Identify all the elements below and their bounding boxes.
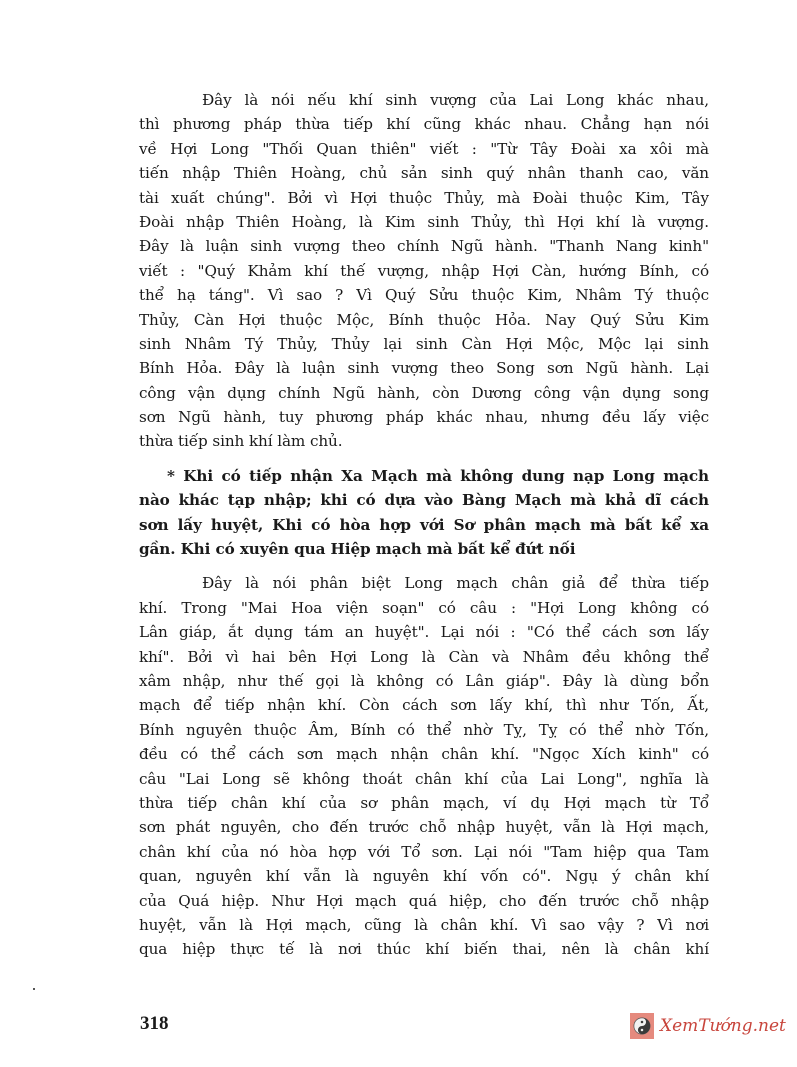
page-number: 318 xyxy=(140,1013,169,1035)
paragraph-1: Đây là nói nếu khí sinh vượng của Lai Lo… xyxy=(139,88,709,454)
text-line: xâm nhập, như thế gọi là không có Lân gi… xyxy=(139,669,709,693)
text-line: Đây là luận sinh vượng theo chính Ngũ hà… xyxy=(139,234,709,258)
text-line: tiến nhập Thiên Hoàng, chủ sản sinh quý … xyxy=(139,161,709,185)
text-line: huyệt, vẫn là Hợi mạch, cũng là chân khí… xyxy=(139,913,709,937)
text-line: Thủy, Càn Hợi thuộc Mộc, Bính thuộc Hỏa.… xyxy=(139,308,709,332)
text-line: về Hợi Long "Thối Quan thiên" viết : "Từ… xyxy=(139,137,709,161)
text-line: sơn Ngũ hành, tuy phương pháp khác nhau,… xyxy=(139,405,709,429)
text-line: sơn lấy huyệt, Khi có hòa hợp với Sơ phâ… xyxy=(139,513,709,537)
text-line: thừa tiếp sinh khí làm chủ. xyxy=(139,429,709,453)
text-line: công vận dụng chính Ngũ hành, còn Dương … xyxy=(139,381,709,405)
text-line: Đây là nói phân biệt Long mạch chân giả … xyxy=(139,571,709,595)
yin-yang-icon xyxy=(630,1013,654,1039)
text-line: thì phương pháp thừa tiếp khí cũng khác … xyxy=(139,112,709,136)
text-line: viết : "Quý Khảm khí thế vượng, nhập Hợi… xyxy=(139,259,709,283)
text-line: khí". Bởi vì hai bên Hợi Long là Càn và … xyxy=(139,645,709,669)
text-line: sơn phát nguyên, cho đến trước chỗ nhập … xyxy=(139,815,709,839)
scan-speck xyxy=(33,988,35,990)
text-line: thừa tiếp chân khí của sơ phân mạch, ví … xyxy=(139,791,709,815)
text-line: câu "Lai Long sẽ không thoát chân khí củ… xyxy=(139,767,709,791)
logo-text: XemTướng.net xyxy=(660,1016,786,1036)
text-line: Bính nguyên thuộc Âm, Bính có thể nhờ Tỵ… xyxy=(139,718,709,742)
text-line: sinh Nhâm Tý Thủy, Thủy lại sinh Càn Hợi… xyxy=(139,332,709,356)
text-line: Đây là nói nếu khí sinh vượng của Lai Lo… xyxy=(139,88,709,112)
text-line: qua hiệp thực tế là nơi thúc khí biến th… xyxy=(139,937,709,961)
text-line: tài xuất chúng". Bởi vì Hợi thuộc Thủy, … xyxy=(139,186,709,210)
text-line: gần. Khi có xuyên qua Hiệp mạch mà bất k… xyxy=(139,537,709,561)
paragraph-2: Đây là nói phân biệt Long mạch chân giả … xyxy=(139,571,709,961)
text-line: khí. Trong "Mai Hoa viện soạn" có câu : … xyxy=(139,596,709,620)
text-line: thể hạ táng". Vì sao ? Vì Quý Sửu thuộc … xyxy=(139,283,709,307)
text-line: quan, nguyên khí vẫn là nguyên khí vốn c… xyxy=(139,864,709,888)
text-line: mạch để tiếp nhận khí. Còn cách sơn lấy … xyxy=(139,693,709,717)
document-page: Đây là nói nếu khí sinh vượng của Lai Lo… xyxy=(139,88,709,972)
text-line: Lân giáp, ắt dụng tám an huyệt". Lại nói… xyxy=(139,620,709,644)
bullet-paragraph: * Khi có tiếp nhận Xa Mạch mà không dung… xyxy=(139,464,709,562)
text-line: đều có thể cách sơn mạch nhận chân khí. … xyxy=(139,742,709,766)
text-line: nào khác tạp nhập; khi có dựa vào Bàng M… xyxy=(139,488,709,512)
text-line: của Quá hiệp. Như Hợi mạch quá hiệp, cho… xyxy=(139,889,709,913)
text-line: * Khi có tiếp nhận Xa Mạch mà không dung… xyxy=(139,464,709,488)
watermark-logo[interactable]: XemTướng.net xyxy=(630,1013,786,1039)
text-line: Đoài nhập Thiên Hoàng, là Kim sinh Thủy,… xyxy=(139,210,709,234)
text-line: Bính Hỏa. Đây là luận sinh vượng theo So… xyxy=(139,356,709,380)
text-line: chân khí của nó hòa hợp với Tổ sơn. Lại … xyxy=(139,840,709,864)
